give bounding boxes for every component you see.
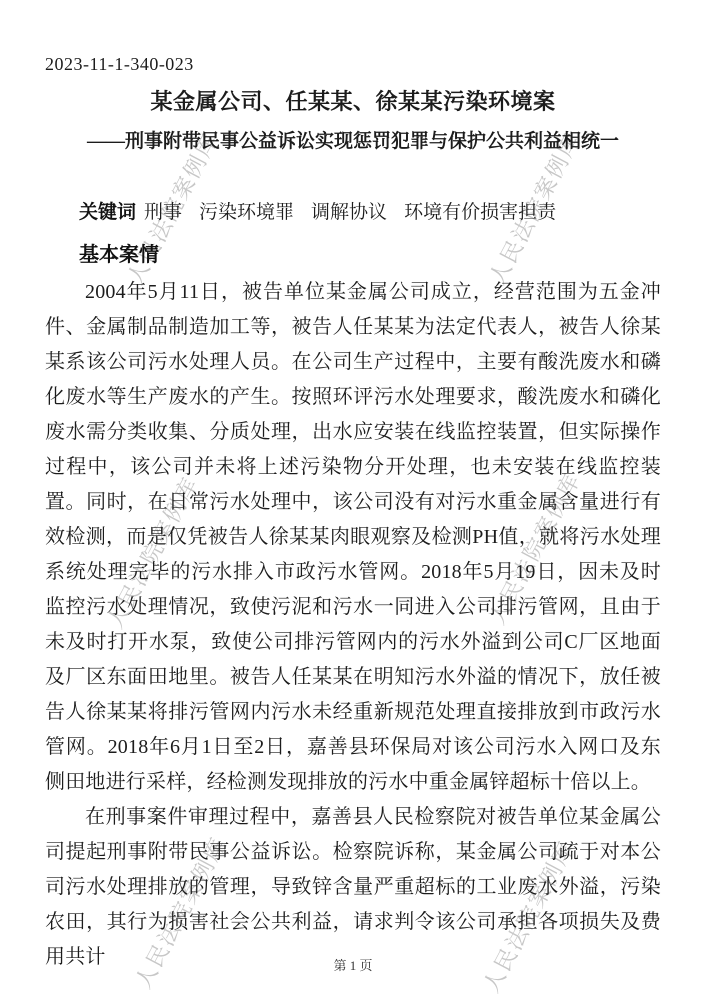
case-subtitle: ——刑事附带民事公益诉讼实现惩罚犯罪与保护公共利益相统一	[45, 130, 661, 154]
keyword: 调解协议	[311, 202, 387, 223]
keywords-row: 关键词刑事污染环境罪调解协议环境有价损害担责	[45, 200, 661, 226]
keyword: 环境有价损害担责	[404, 202, 556, 223]
page-number: 第 1 页	[333, 958, 372, 973]
keyword: 污染环境罪	[199, 202, 294, 223]
body-paragraph: 在刑事案件审理过程中，嘉善县人民检察院对被告单位某金属公司提起刑事附带民事公益诉…	[45, 800, 661, 975]
section-heading-basic-facts: 基本案情	[45, 241, 661, 269]
body-text: 2004年5月11日，被告单位某金属公司成立，经营范围为五金冲件、金属制品制造加…	[45, 275, 661, 975]
case-number: 2023-11-1-340-023	[45, 52, 661, 76]
keywords-label: 关键词	[79, 202, 136, 223]
body-paragraph: 2004年5月11日，被告单位某金属公司成立，经营范围为五金冲件、金属制品制造加…	[45, 275, 661, 800]
keyword: 刑事	[144, 202, 182, 223]
case-title: 某金属公司、任某某、徐某某污染环境案	[45, 88, 661, 116]
document-page: 人民法院案例库 人民法院案例库 人民法院案例库 人民法院案例库 人民法院案例库 …	[0, 0, 706, 999]
document-content: 2023-11-1-340-023 某金属公司、任某某、徐某某污染环境案 ——刑…	[45, 52, 661, 975]
page-footer: 第 1 页	[0, 955, 706, 974]
